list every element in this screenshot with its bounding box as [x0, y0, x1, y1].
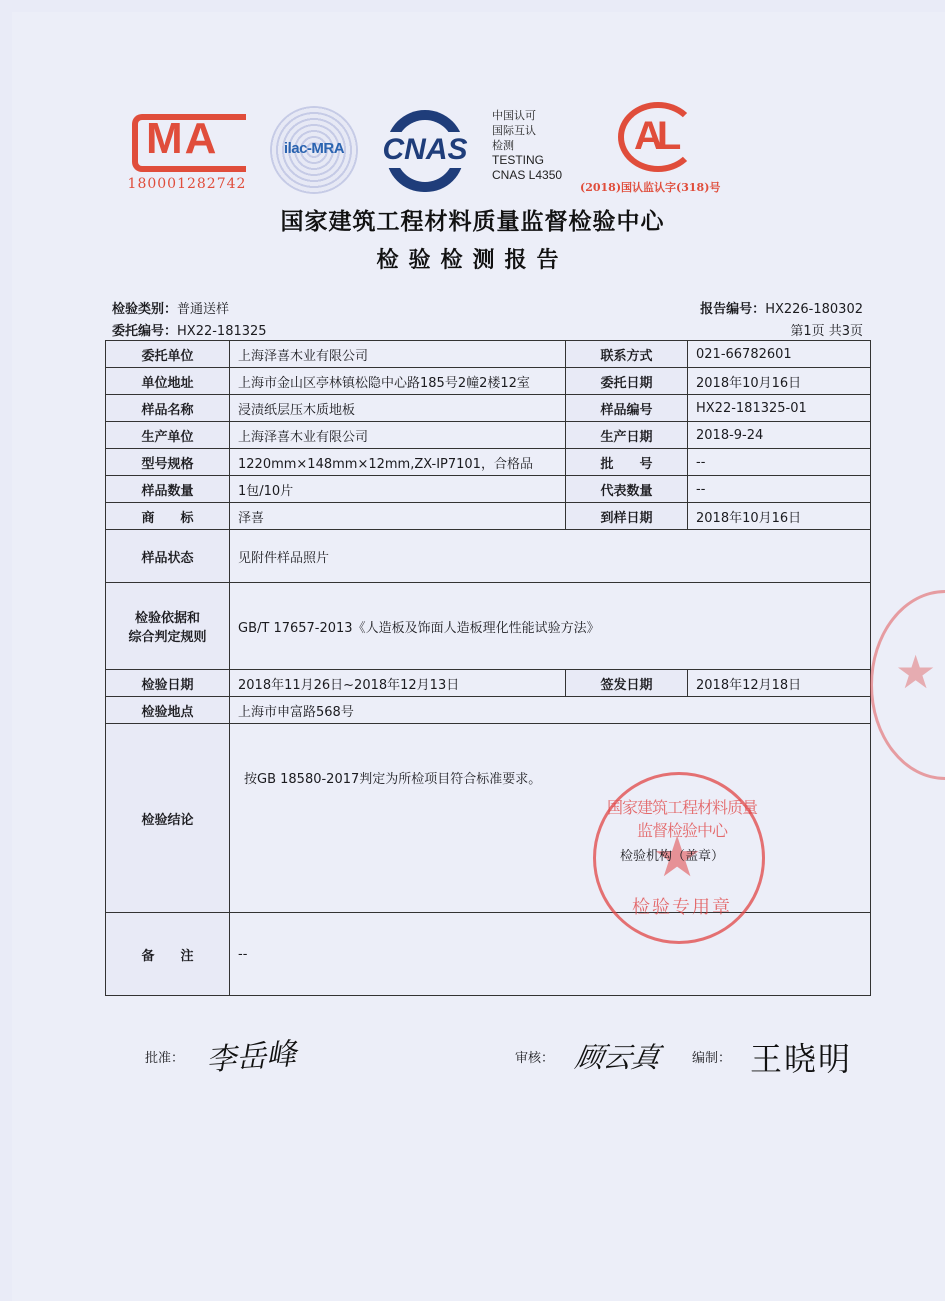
basis-label-line: 检验依据和: [114, 607, 221, 626]
table-row: 商 标泽喜到样日期2018年10月16日: [106, 503, 871, 530]
basis-label-line: 综合判定规则: [114, 626, 221, 645]
cnas-line: 中国认可: [492, 108, 562, 123]
sample-state-value: 见附件样品照片: [230, 530, 871, 583]
conclusion-cell: 按GB 18580-2017判定为所检项目符合标准要求。: [230, 724, 871, 913]
field-value: HX22-181325-01: [688, 395, 871, 422]
approve-label: 批准：: [145, 1047, 184, 1066]
ilac-mra-logo: ilac-MRA: [268, 106, 360, 194]
page-subtitle: 检验检测报告: [0, 243, 945, 274]
table-row: 样品名称浸渍纸层压木质地板样品编号HX22-181325-01: [106, 395, 871, 422]
inspection-type: 检验类别：普通送样: [112, 298, 229, 317]
cnas-accreditation-text: 中国认可 国际互认 检测 TESTING CNAS L4350: [492, 108, 562, 183]
issue-date-value: 2018年12月18日: [688, 670, 871, 697]
field-label: 生产日期: [566, 422, 688, 449]
table-row: 检验地点 上海市申富路568号: [106, 697, 871, 724]
inspection-type-label: 检验类别：: [112, 302, 177, 317]
commission-number: 委托编号：HX22-181325: [112, 320, 267, 339]
field-label: 委托单位: [106, 341, 230, 368]
review-label: 审核：: [515, 1047, 554, 1066]
report-table: 委托单位上海泽喜木业有限公司联系方式021-66782601单位地址上海市金山区…: [105, 340, 871, 996]
table-row: 样品数量1包/10片代表数量--: [106, 476, 871, 503]
commission-number-value: HX22-181325: [177, 324, 267, 339]
report-number-value: HX226-180302: [765, 302, 863, 317]
field-label: 联系方式: [566, 341, 688, 368]
conclusion-value: 按GB 18580-2017判定为所检项目符合标准要求。: [244, 768, 862, 787]
issue-date-label: 签发日期: [566, 670, 688, 697]
compile-signature: 王晓明: [750, 1034, 852, 1080]
inspection-type-value: 普通送样: [177, 302, 229, 317]
table-row: 样品状态 见附件样品照片: [106, 530, 871, 583]
sample-state-label: 样品状态: [106, 530, 230, 583]
inspection-place-label: 检验地点: [106, 697, 230, 724]
field-label: 型号规格: [106, 449, 230, 476]
field-value: 1包/10片: [230, 476, 566, 503]
cal-text: AL: [634, 114, 675, 159]
field-value: 泽喜: [230, 503, 566, 530]
field-value: 上海泽喜木业有限公司: [230, 422, 566, 449]
field-value: 021-66782601: [688, 341, 871, 368]
table-row: 检验结论 按GB 18580-2017判定为所检项目符合标准要求。: [106, 724, 871, 913]
field-label: 生产单位: [106, 422, 230, 449]
conclusion-label: 检验结论: [106, 724, 230, 913]
field-value: --: [688, 449, 871, 476]
field-label: 到样日期: [566, 503, 688, 530]
remarks-value: --: [230, 913, 871, 996]
cal-accreditation-logo: AL: [608, 102, 718, 176]
field-value: 浸渍纸层压木质地板: [230, 395, 566, 422]
cal-caption: (2018)国认监认字(318)号: [580, 179, 720, 195]
table-row: 备 注 --: [106, 913, 871, 996]
table-row: 型号规格1220mm×148mm×12mm,ZX-IP7101，合格品批 号--: [106, 449, 871, 476]
cnas-line: CNAS L4350: [492, 168, 562, 183]
field-label: 样品数量: [106, 476, 230, 503]
review-signature: 顾云真: [572, 1036, 663, 1076]
table-row: 检验依据和 综合判定规则 GB/T 17657-2013《人造板及饰面人造板理化…: [106, 583, 871, 670]
field-value: 上海泽喜木业有限公司: [230, 341, 566, 368]
cma-letters: MA: [146, 114, 218, 164]
inspection-date-value: 2018年11月26日~2018年12月13日: [230, 670, 566, 697]
compile-label: 编制：: [692, 1047, 731, 1066]
cnas-line: 国际互认: [492, 123, 562, 138]
field-label: 样品编号: [566, 395, 688, 422]
ilac-text: ilac-MRA: [268, 140, 360, 157]
field-value: 2018年10月16日: [688, 503, 871, 530]
page-info: 第1页 共3页: [790, 320, 863, 339]
cma-number: 180001282742: [126, 176, 248, 192]
remarks-label: 备 注: [106, 913, 230, 996]
approve-signature: 李岳峰: [205, 1029, 298, 1079]
cnas-text: CNAS: [372, 132, 478, 168]
cma-certification-logo: MA 180001282742: [126, 108, 248, 196]
seal-label: 检验机构（盖章）: [620, 845, 724, 864]
table-row: 生产单位上海泽喜木业有限公司生产日期2018-9-24: [106, 422, 871, 449]
page-title: 国家建筑工程材料质量监督检验中心: [0, 203, 945, 236]
field-value: 1220mm×148mm×12mm,ZX-IP7101，合格品: [230, 449, 566, 476]
table-row: 检验日期 2018年11月26日~2018年12月13日 签发日期 2018年1…: [106, 670, 871, 697]
cnas-line: 检测: [492, 138, 562, 153]
commission-number-label: 委托编号：: [112, 324, 177, 339]
field-label: 代表数量: [566, 476, 688, 503]
field-value: 2018年10月16日: [688, 368, 871, 395]
report-number-label: 报告编号：: [700, 302, 765, 317]
field-label: 商 标: [106, 503, 230, 530]
inspection-date-label: 检验日期: [106, 670, 230, 697]
report-number: 报告编号：HX226-180302: [700, 298, 863, 317]
field-value: 上海市金山区亭林镇松隐中心路185号2幢2楼12室: [230, 368, 566, 395]
field-label: 批 号: [566, 449, 688, 476]
field-label: 样品名称: [106, 395, 230, 422]
field-label: 单位地址: [106, 368, 230, 395]
table-row: 委托单位上海泽喜木业有限公司联系方式021-66782601: [106, 341, 871, 368]
field-value: 2018-9-24: [688, 422, 871, 449]
table-row: 单位地址上海市金山区亭林镇松隐中心路185号2幢2楼12室委托日期2018年10…: [106, 368, 871, 395]
field-value: --: [688, 476, 871, 503]
basis-label: 检验依据和 综合判定规则: [106, 583, 230, 670]
cnas-line: TESTING: [492, 153, 562, 168]
basis-value: GB/T 17657-2013《人造板及饰面人造板理化性能试验方法》: [230, 583, 871, 670]
cnas-logo: CNAS: [372, 110, 478, 192]
inspection-place-value: 上海市申富路568号: [230, 697, 871, 724]
field-label: 委托日期: [566, 368, 688, 395]
